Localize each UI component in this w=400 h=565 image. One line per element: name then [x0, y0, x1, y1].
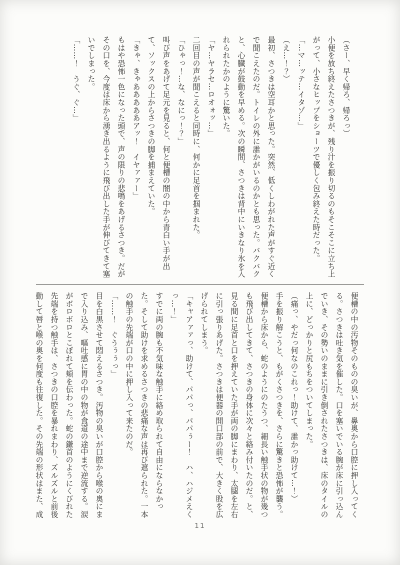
paragraph: 「きゃ、きゃあああああアッ！ イヤァァー」	[129, 36, 144, 282]
paragraph: 「キャアァァっ、助けて、パパっ、パパぅー！ ハ、ハジメえくっ…！」	[167, 292, 197, 524]
paragraph: 最初、さつきは空耳かと思った。突然、低くしわがれた声がすぐ近くで聞こえたのだ。ト…	[219, 36, 279, 282]
scanned-book-page: （さー、早く帰ろ、帰ろっ） 小便を放ち終えたさつきが、残り汁を振り切るのもそこそ…	[0, 0, 400, 565]
paragraph: すでに両の腕も不気味な触手に絡め取られて自由にならなかった。そして助けを求めるさ…	[122, 292, 167, 524]
paragraph: 小便を放ち終えたさつきが、残り汁を振り切るのもそこそこに立ち上がって、小さなヒッ…	[309, 36, 339, 282]
paragraph: 「……！ ぐうぅぅっ」	[107, 292, 122, 524]
section-divider-rule	[36, 284, 364, 285]
paragraph: （さー、早く帰ろ、帰ろっ）	[339, 36, 354, 282]
top-text-block: （さー、早く帰ろ、帰ろっ） 小便を放ち終えたさつきが、残り汁を振り切るのもそこそ…	[38, 36, 354, 282]
paragraph: 「ヤ…ヤラセ…ロオォッ…」	[204, 36, 219, 282]
paragraph: もはや恐怖一色になった頭で、声の限りの悲鳴をあげるさつき。だがその口を、今度は床…	[84, 36, 129, 282]
paragraph: （痛っ、やだっ何なのこれっ！助けて、誰かっ助けて…！）	[287, 292, 302, 524]
paragraph: 叫び声をあげて足元を見ると、何と便槽の闇の中から青白い手が出て、ソックスの上から…	[144, 36, 174, 282]
paragraph: 手を振り解こうと、もがくさつきを、さらに驚きと恐怖が襲う。便槽から床から、蛇のよ…	[197, 292, 287, 524]
paragraph: 目を白黒させて悶えるさつき。汚物の臭いが口腔から喉の奥にまで入り込み、嘔吐感に胃…	[32, 292, 107, 524]
paragraph: 「……！ うぐ、ぐ…」	[69, 36, 84, 282]
bottom-text-block: 便槽の中の汚物そのものの臭いが、鼻奥から口腔に押し入ってくる。さつきは吐き気を催…	[32, 292, 362, 524]
paragraph: 二回目の声が聞こえると同時に、何かに足首を掴まれた。	[189, 36, 204, 282]
paragraph: 「ひゃっ！…な、なにっ！？」	[174, 36, 189, 282]
paragraph: （え…！？）	[279, 36, 294, 282]
paragraph: 便槽の中の汚物そのものの臭いが、鼻奥から口腔に押し入ってくる。さつきは吐き気を催…	[302, 292, 362, 524]
paragraph: 「…マ…ッテ…イタゾ…」	[294, 36, 309, 282]
page-number: 11	[0, 522, 400, 530]
